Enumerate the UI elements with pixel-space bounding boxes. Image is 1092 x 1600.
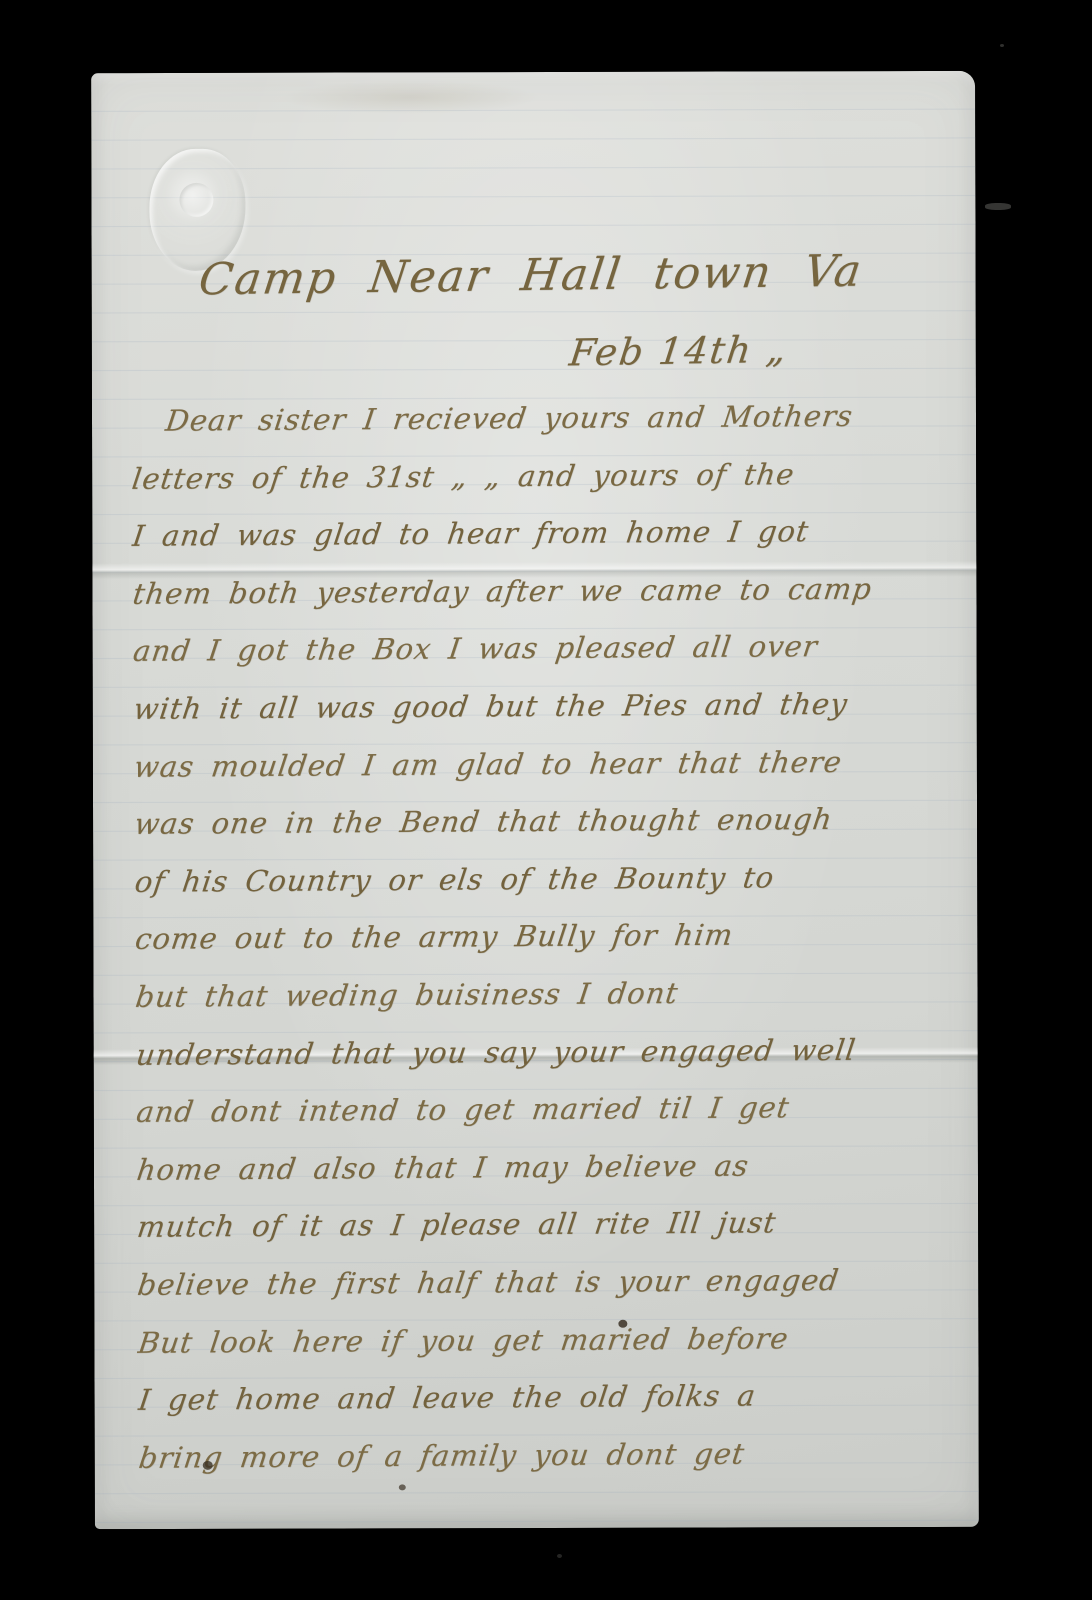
letter-line: I and was glad to hear from home I got xyxy=(129,502,963,565)
letter-line: come out to the army Bully for him xyxy=(132,905,966,968)
ink-blot xyxy=(399,1484,406,1490)
letter-date: Feb 14th „ xyxy=(567,328,790,375)
paper-stain xyxy=(281,80,541,115)
letter-line: was one in the Bend that thought enough xyxy=(131,790,965,853)
letter-line: was moulded I am glad to hear that there xyxy=(130,733,964,796)
dust-speck xyxy=(985,203,1011,210)
dust-speck xyxy=(1000,44,1004,47)
letter-line: home and also that I may believe as xyxy=(133,1136,967,1199)
letter-line: letters of the 31st „ „ and yours of the xyxy=(128,445,962,508)
letter-line: Dear sister I recieved yours and Mothers xyxy=(128,387,962,450)
letter-line: but that weding buisiness I dont xyxy=(132,963,966,1026)
letter-line: and dont intend to get maried til I get xyxy=(133,1078,967,1141)
letter-heading: Camp Near Hall town Va xyxy=(196,246,866,306)
letter-line: I get home and leave the old folks a xyxy=(135,1366,969,1429)
letter-line: bring more of a family you dont get xyxy=(135,1424,969,1487)
letter-line: But look here if you get maried before xyxy=(134,1309,968,1372)
ink-blot xyxy=(618,1320,627,1328)
letter-line: mutch of it as I please all rite Ill jus… xyxy=(134,1193,968,1256)
dust-speck xyxy=(557,1554,562,1558)
letter-body: Dear sister I recieved yours and Mothers… xyxy=(132,387,966,1487)
letter-line: them both yesterday after we came to cam… xyxy=(129,560,963,623)
letter-line: understand that you say your engaged wel… xyxy=(132,1021,966,1084)
letter-line: of his Country or els of the Bounty to xyxy=(131,848,965,911)
letter-line: with it all was good but the Pies and th… xyxy=(130,675,964,738)
ink-blot xyxy=(203,1461,213,1470)
letter-line: and I got the Box I was pleased all over xyxy=(130,617,964,680)
embossed-seal-center xyxy=(179,183,213,217)
letter-photograph: Camp Near Hall town Va Feb 14th „ Dear s… xyxy=(0,0,1092,1600)
letter-paper: Camp Near Hall town Va Feb 14th „ Dear s… xyxy=(91,71,979,1529)
letter-line: believe the first half that is your enga… xyxy=(134,1251,968,1314)
